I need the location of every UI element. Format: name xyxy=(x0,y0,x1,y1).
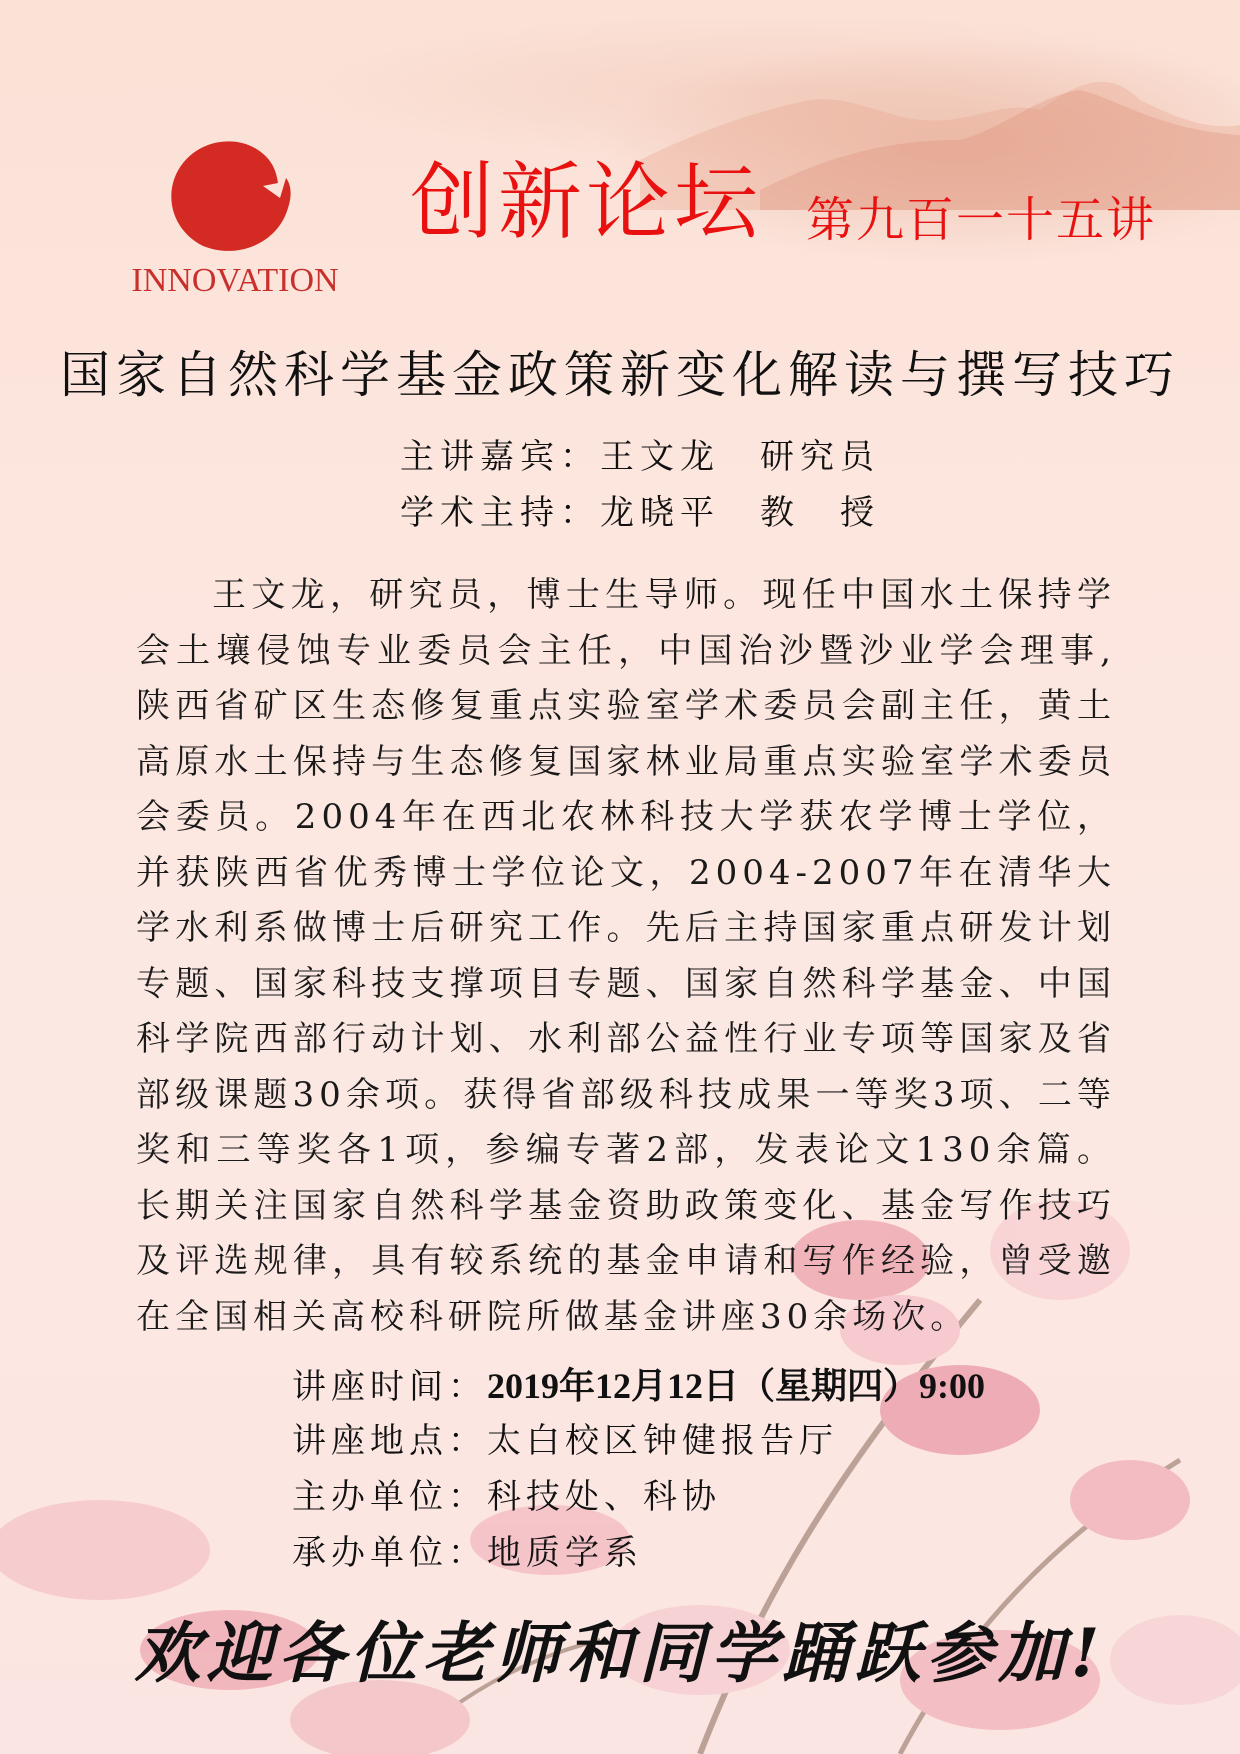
host-name: 龙晓平 xyxy=(600,493,720,533)
place-label: 讲座地点： xyxy=(292,1421,487,1461)
innovation-swirl-icon xyxy=(158,128,298,258)
host-title: 教 授 xyxy=(760,493,880,533)
keynote-label: 主讲嘉宾： xyxy=(400,437,600,477)
logo-text: INNOVATION xyxy=(120,262,350,300)
place-value: 太白校区钟健报告厅 xyxy=(487,1421,838,1461)
forum-title: 创新论坛 xyxy=(410,160,762,244)
lecture-title: 国家自然科学基金政策新变化解读与撰写技巧 xyxy=(0,350,1240,400)
event-place: 讲座地点：太白校区钟健报告厅 xyxy=(292,1424,838,1458)
organizer-label: 主办单位： xyxy=(292,1477,487,1517)
event-organizer: 主办单位：科技处、科协 xyxy=(292,1480,721,1514)
lecture-number: 第九百一十五讲 xyxy=(806,196,1156,244)
host-unit-label: 承办单位： xyxy=(292,1533,487,1573)
speaker-biography: 王文龙，研究员，博士生导师。现任中国水土保持学会土壤侵蚀专业委员会主任，中国治沙… xyxy=(136,568,1116,1345)
host-unit-value: 地质学系 xyxy=(487,1533,643,1573)
organizer-value: 科技处、科协 xyxy=(487,1477,721,1517)
time-value: 2019年12月12日（星期四）9:00 xyxy=(487,1366,985,1406)
keynote-title: 研究员 xyxy=(760,437,880,477)
keynote-name: 王文龙 xyxy=(600,437,720,477)
time-label: 讲座时间： xyxy=(292,1367,487,1407)
academic-host: 学术主持：龙晓平 教 授 xyxy=(400,496,880,530)
keynote-speaker: 主讲嘉宾：王文龙 研究员 xyxy=(400,440,880,474)
welcome-message: 欢迎各位老师和同学踊跃参加! xyxy=(0,1600,1240,1695)
event-host-unit: 承办单位：地质学系 xyxy=(292,1536,643,1570)
host-label: 学术主持： xyxy=(400,493,600,533)
event-time: 讲座时间：2019年12月12日（星期四）9:00 xyxy=(292,1368,985,1404)
innovation-logo: INNOVATION xyxy=(120,128,350,308)
